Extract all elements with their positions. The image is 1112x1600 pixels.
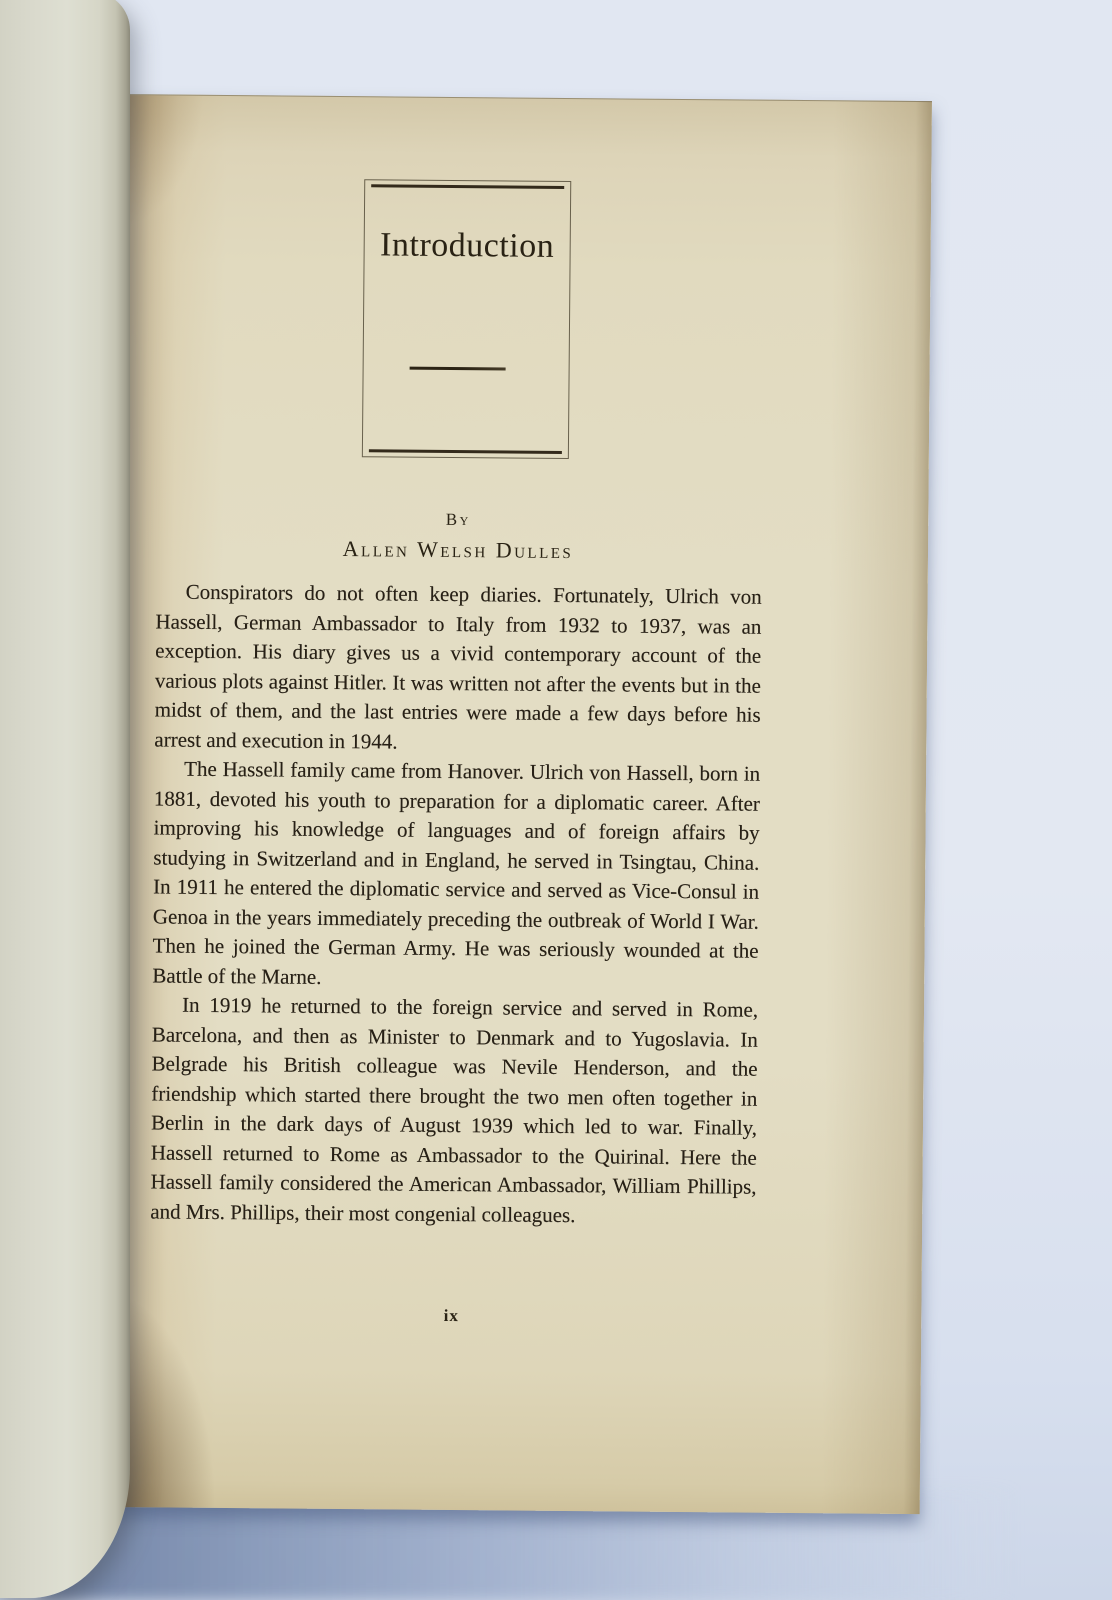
book-page: Introduction By Allen Welsh Dulles Consp… (100, 94, 932, 1514)
book-photo-scene: Introduction By Allen Welsh Dulles Consp… (0, 0, 1112, 1600)
chapter-title-box: Introduction (362, 179, 571, 459)
paragraph: The Hassell family came from Hanover. Ul… (152, 754, 760, 995)
turned-page-edge (0, 0, 130, 1598)
page-number-folio: ix (149, 1303, 753, 1328)
byline-author: Allen Welsh Dulles (156, 534, 760, 565)
paragraph: In 1919 he returned to the foreign servi… (150, 990, 758, 1231)
chapter-title: Introduction (365, 226, 570, 266)
paragraph: Conspirators do not often keep diaries. … (154, 577, 762, 759)
title-bottom-rule (369, 449, 562, 454)
title-top-rule (371, 184, 564, 189)
byline-by: By (156, 507, 760, 532)
title-divider-rule (410, 367, 506, 371)
byline: By Allen Welsh Dulles (156, 507, 760, 565)
body-text: Conspirators do not often keep diaries. … (150, 577, 762, 1231)
